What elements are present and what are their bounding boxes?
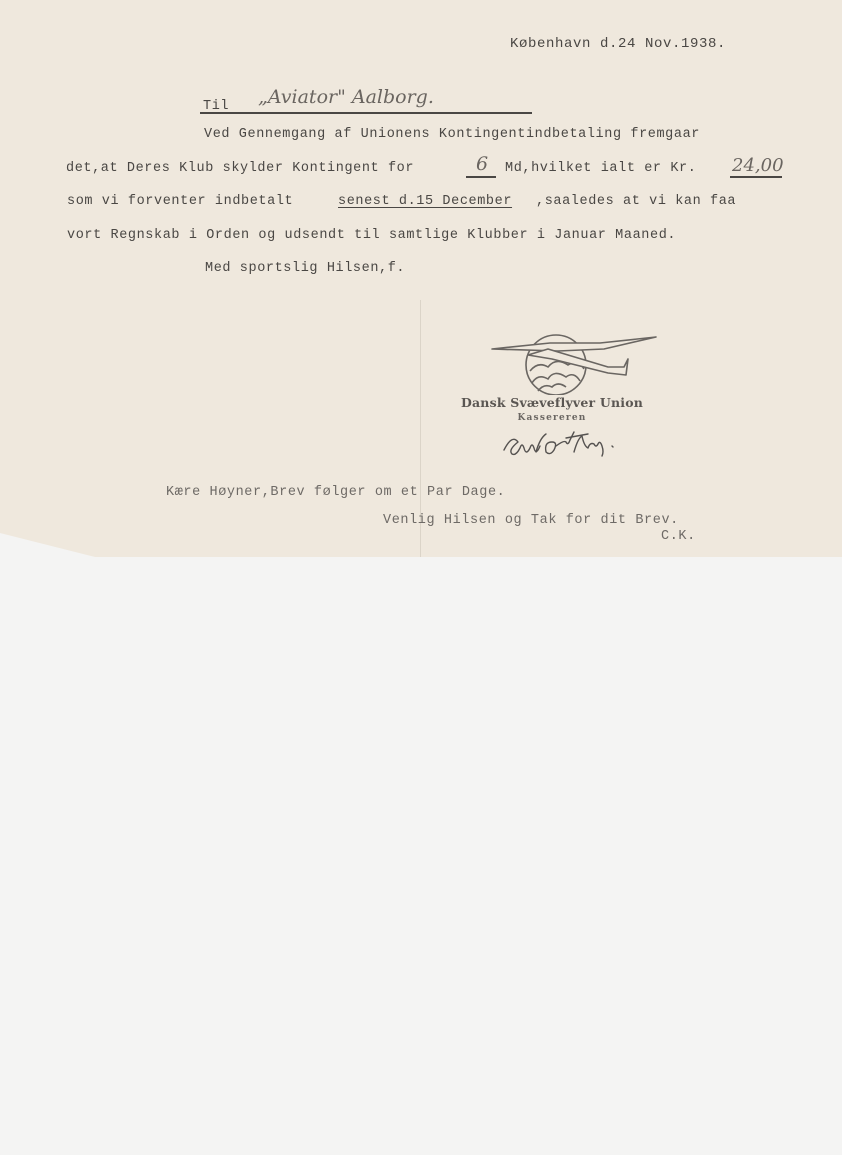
body-line-1: Ved Gennemgang af Unionens Kontingentind… [204,128,700,142]
amount-handwritten: 24,00 [732,157,784,175]
body-line-2a: det,at Deres Klub skylder Kontingent for [66,162,414,176]
months-handwritten: 6 [476,155,488,174]
place-date: København d.24 Nov.1938. [510,37,726,51]
closing: Med sportslig Hilsen,f. [205,262,405,276]
organization-role: Kassereren [452,413,652,423]
body-line-3b: ,saaledes at vi kan faa [536,195,736,209]
glider-over-sun-and-clouds-icon [488,327,660,395]
postscript-line-1: Kære Høyner,Brev følger om et Par Dage. [166,486,505,500]
letter-paper [0,0,842,557]
handwritten-signature [500,428,640,464]
postscript-line-2: Venlig Hilsen og Tak for dit Brev. [383,514,679,528]
amount-underline [730,176,782,178]
body-line-2b: Md,hvilket ialt er Kr. [505,162,696,176]
postscript-initials: C.K. [661,530,696,544]
months-underline [466,176,496,178]
deadline-underlined: senest d.15 December [338,195,512,209]
recipient-handwritten: „Aviator" Aalborg. [258,88,434,107]
recipient-underline [200,112,532,114]
body-line-3a: som vi forventer indbetalt [67,195,293,209]
organization-name: Dansk Svæveflyver Union [452,395,652,410]
body-line-4: vort Regnskab i Orden og udsendt til sam… [67,229,676,243]
